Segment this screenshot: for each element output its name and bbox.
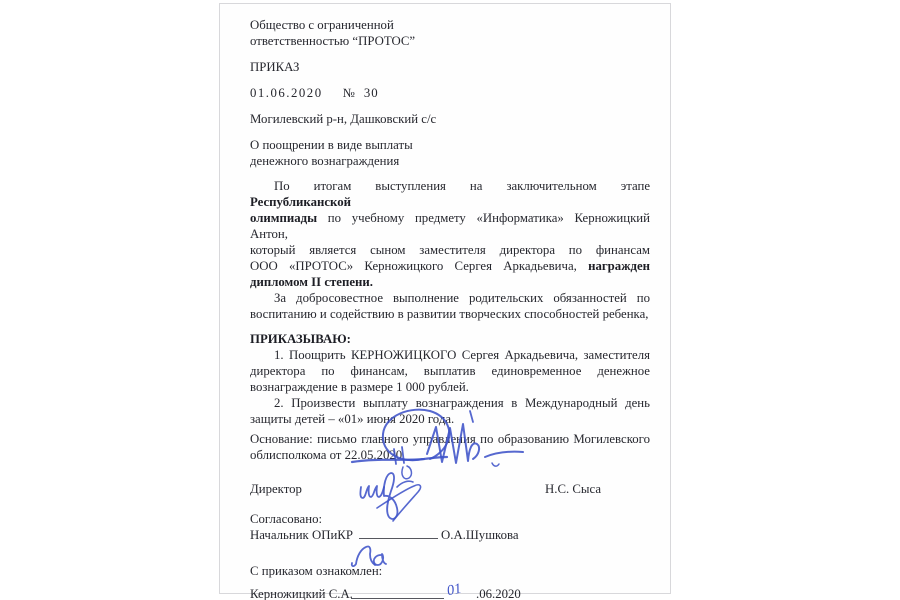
approver-name: О.А.Шушкова — [441, 527, 519, 543]
p1-l5-bold: дипломом II степени. — [250, 275, 373, 289]
p1-l1-bold: Республиканской — [250, 195, 351, 209]
item1-line2: директора по финансам, выплатив единовре… — [250, 363, 650, 379]
paragraph1-line1: По итогам выступления на заключительном … — [250, 178, 650, 210]
org-name-line1: Общество с ограниченной — [250, 17, 650, 33]
acknowledger-signature-line — [351, 598, 444, 599]
approver-signature-line — [359, 538, 438, 539]
paragraph1-line5: дипломом II степени. — [250, 274, 650, 290]
doc-number: 30 — [364, 86, 379, 100]
place-line: Могилевский р-н, Дашковский с/с — [250, 111, 650, 127]
order-header: ПРИКАЗЫВАЮ: — [250, 331, 650, 347]
doc-date: 01.06.2020 — [250, 86, 323, 100]
number-sign: № — [343, 86, 355, 100]
director-signature-row: Директор Н.С. Сыса — [250, 481, 650, 497]
paragraph2-line2: воспитанию и содействию в развитии творч… — [250, 306, 650, 322]
acknowledged-label: С приказом ознакомлен: — [250, 563, 650, 579]
order-header-text: ПРИКАЗЫВАЮ: — [250, 332, 351, 346]
item1-line1: 1. Поощрить КЕРНОЖИЦКОГО Сергея Аркадьев… — [250, 347, 650, 363]
paragraph1-line2: олимпиады по учебному предмету «Информат… — [250, 210, 650, 242]
director-title: Директор — [250, 482, 302, 496]
paragraph1-line4: ООО «ПРОТОС» Керножицкого Сергея Аркадье… — [250, 258, 650, 274]
acknowledge-date: .06.2020 — [476, 586, 521, 600]
doc-type: ПРИКАЗ — [250, 59, 650, 75]
item2-line2: защиты детей – «01» июня 2020 года. — [250, 411, 650, 427]
basis-line2: облисполкома от 22.05.2020 — [250, 447, 650, 463]
handwritten-day: 01 — [446, 581, 463, 599]
p1-l4-normal: ООО «ПРОТОС» Керножицкого Сергея Аркадье… — [250, 259, 588, 273]
paragraph2-line1: За добросовестное выполнение родительски… — [250, 290, 650, 306]
p1-l2-bold: олимпиады — [250, 211, 317, 225]
approver-title: Начальник ОПиКР — [250, 528, 353, 542]
org-name-line2: ответственностью “ПРОТОС” — [250, 33, 650, 49]
paragraph1-line3: который является сыном заместителя дирек… — [250, 242, 650, 258]
basis-line1: Основание: письмо главного управления по… — [250, 431, 650, 447]
date-number-line: 01.06.2020№30 — [250, 85, 650, 101]
director-name: Н.С. Сыса — [545, 481, 601, 497]
document-page: Общество с ограниченной ответственностью… — [219, 3, 671, 594]
item2-line1: 2. Произвести выплату вознаграждения в М… — [250, 395, 650, 411]
scanned-order-document: Общество с ограниченной ответственностью… — [0, 0, 900, 600]
agreed-label: Согласовано: — [250, 511, 650, 527]
acknowledger-name: Керножицкий С.А. — [250, 587, 353, 600]
p1-l1-normal: По итогам выступления на заключительном … — [274, 179, 650, 193]
document-content: Общество с ограниченной ответственностью… — [250, 4, 650, 600]
acknowledger-signature-row: Керножицкий С.А. 01 .06.2020 — [250, 586, 650, 600]
p1-l4-bold: награжден — [588, 259, 650, 273]
approver-signature-row: Начальник ОПиКР О.А.Шушкова — [250, 527, 650, 543]
subject-line2: денежного вознаграждения — [250, 153, 650, 169]
item1-line3: вознаграждение в размере 1 000 рублей. — [250, 379, 650, 395]
subject-line1: О поощрении в виде выплаты — [250, 137, 650, 153]
